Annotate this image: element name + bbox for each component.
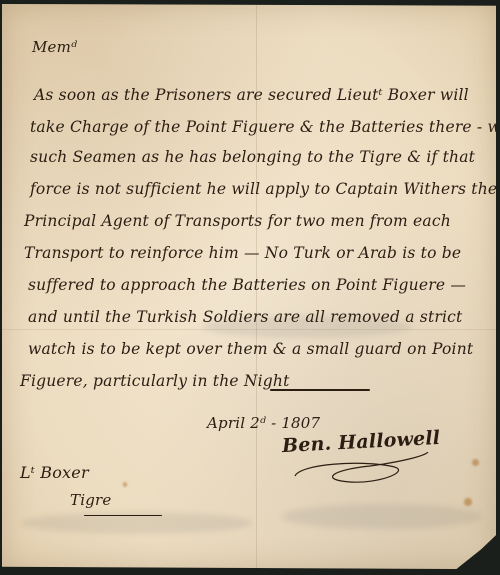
- body-line-4: force is not sufficient he will apply to…: [30, 180, 497, 198]
- body-line-9: watch is to be kept over them & a small …: [28, 340, 473, 358]
- body-line-8: and until the Turkish Soldiers are all r…: [28, 308, 462, 326]
- body-line-1: As soon as the Prisoners are secured Lie…: [34, 86, 469, 104]
- body-line-3: such Seamen as he has belonging to the T…: [30, 148, 475, 166]
- foxing-spot: [464, 498, 472, 506]
- body-line-7: suffered to approach the Batteries on Po…: [28, 276, 466, 294]
- document-date: April 2ᵈ - 1807: [207, 414, 320, 432]
- foxing-spot: [123, 482, 127, 487]
- memo-heading: Memᵈ: [32, 38, 77, 56]
- foxing-spot: [472, 459, 479, 466]
- body-line-5: Principal Agent of Transports for two me…: [24, 212, 451, 230]
- water-stain: [282, 504, 482, 529]
- body-line-10: Figuere, particularly in the Night: [20, 372, 290, 390]
- addressee-ship: Tigre: [70, 491, 111, 509]
- body-line-2: take Charge of the Point Figuere & the B…: [30, 118, 500, 136]
- addressee-name: Lᵗ Boxer: [20, 463, 89, 482]
- manuscript-page: Memᵈ As soon as the Prisoners are secure…: [2, 4, 496, 569]
- body-line-6: Transport to reinforce him — No Turk or …: [24, 244, 461, 262]
- signature-flourish: [290, 452, 430, 486]
- closing-rule: [270, 389, 370, 391]
